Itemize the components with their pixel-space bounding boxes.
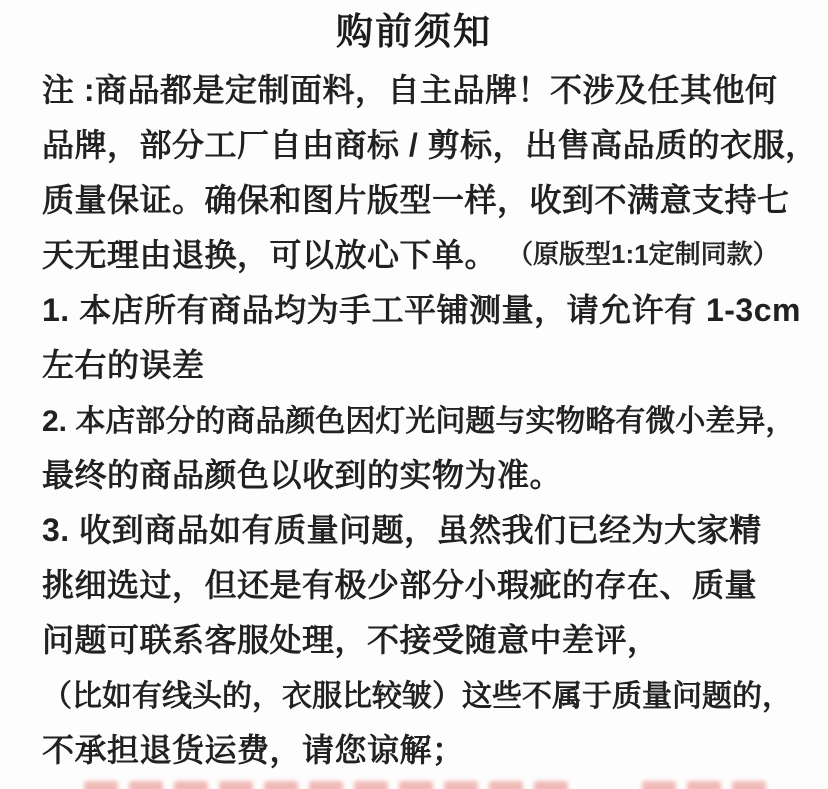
clipped-red-text-fragment (399, 781, 433, 789)
notice-line: 挑细选过，但还是有极少部分小瑕疵的存在、质量 (42, 555, 814, 610)
notice-line: （比如有线头的，衣服比较皱）这些不属于质量问题的， (42, 665, 814, 720)
clipped-red-text-fragment (489, 781, 523, 789)
inline-note: （原版型1:1定制同款） (507, 234, 779, 271)
notice-line: 3. 收到商品如有质量问题，虽然我们已经为大家精 (42, 500, 814, 555)
clipped-red-text-fragment (687, 781, 721, 789)
notice-line: 注 :商品都是定制面料，自主品牌！不涉及任其他何 (42, 60, 814, 115)
clipped-red-text-fragment (309, 781, 343, 789)
notice-line: 1. 本店所有商品均为手工平铺测量，请允许有 1-3cm (42, 280, 814, 335)
notice-line: 左右的误差 (42, 335, 814, 390)
notice-line: 不承担退货运费，请您谅解； (42, 720, 814, 775)
clipped-red-text-fragment (732, 781, 766, 789)
notice-line: 质量保证。确保和图片版型一样，收到不满意支持七 (42, 170, 814, 225)
notice-line-text: 天无理由退换，可以放心下单。 (42, 230, 497, 276)
notice-line: 最终的商品颜色以收到的实物为准。 (42, 445, 814, 500)
clipped-red-text-fragment (174, 781, 208, 789)
notice-line: 品牌，部分工厂自由商标 / 剪标，出售高品质的衣服， (42, 115, 814, 170)
clipped-red-text-fragment (534, 781, 568, 789)
notice-line: 2. 本店部分的商品颜色因灯光问题与实物略有微小差异， (42, 390, 814, 445)
notice-body: 注 :商品都是定制面料，自主品牌！不涉及任其他何 品牌，部分工厂自由商标 / 剪… (42, 60, 814, 775)
page-title: 购前须知 (0, 12, 828, 52)
clipped-red-text-fragment (354, 781, 388, 789)
notice-line: 问题可联系客服处理，不接受随意中差评， (42, 610, 814, 665)
clipped-red-text-fragment (84, 781, 118, 789)
clipped-red-text-fragment (264, 781, 298, 789)
clipped-red-text-fragment (444, 781, 478, 789)
purchase-notice-page: 购前须知 注 :商品都是定制面料，自主品牌！不涉及任其他何 品牌，部分工厂自由商… (0, 0, 828, 789)
clipped-red-text-fragment (219, 781, 253, 789)
clipped-red-text (84, 781, 766, 789)
clipped-red-text-fragment (642, 781, 676, 789)
clipped-red-text-fragment (129, 781, 163, 789)
notice-line: 天无理由退换，可以放心下单。 （原版型1:1定制同款） (42, 225, 814, 280)
